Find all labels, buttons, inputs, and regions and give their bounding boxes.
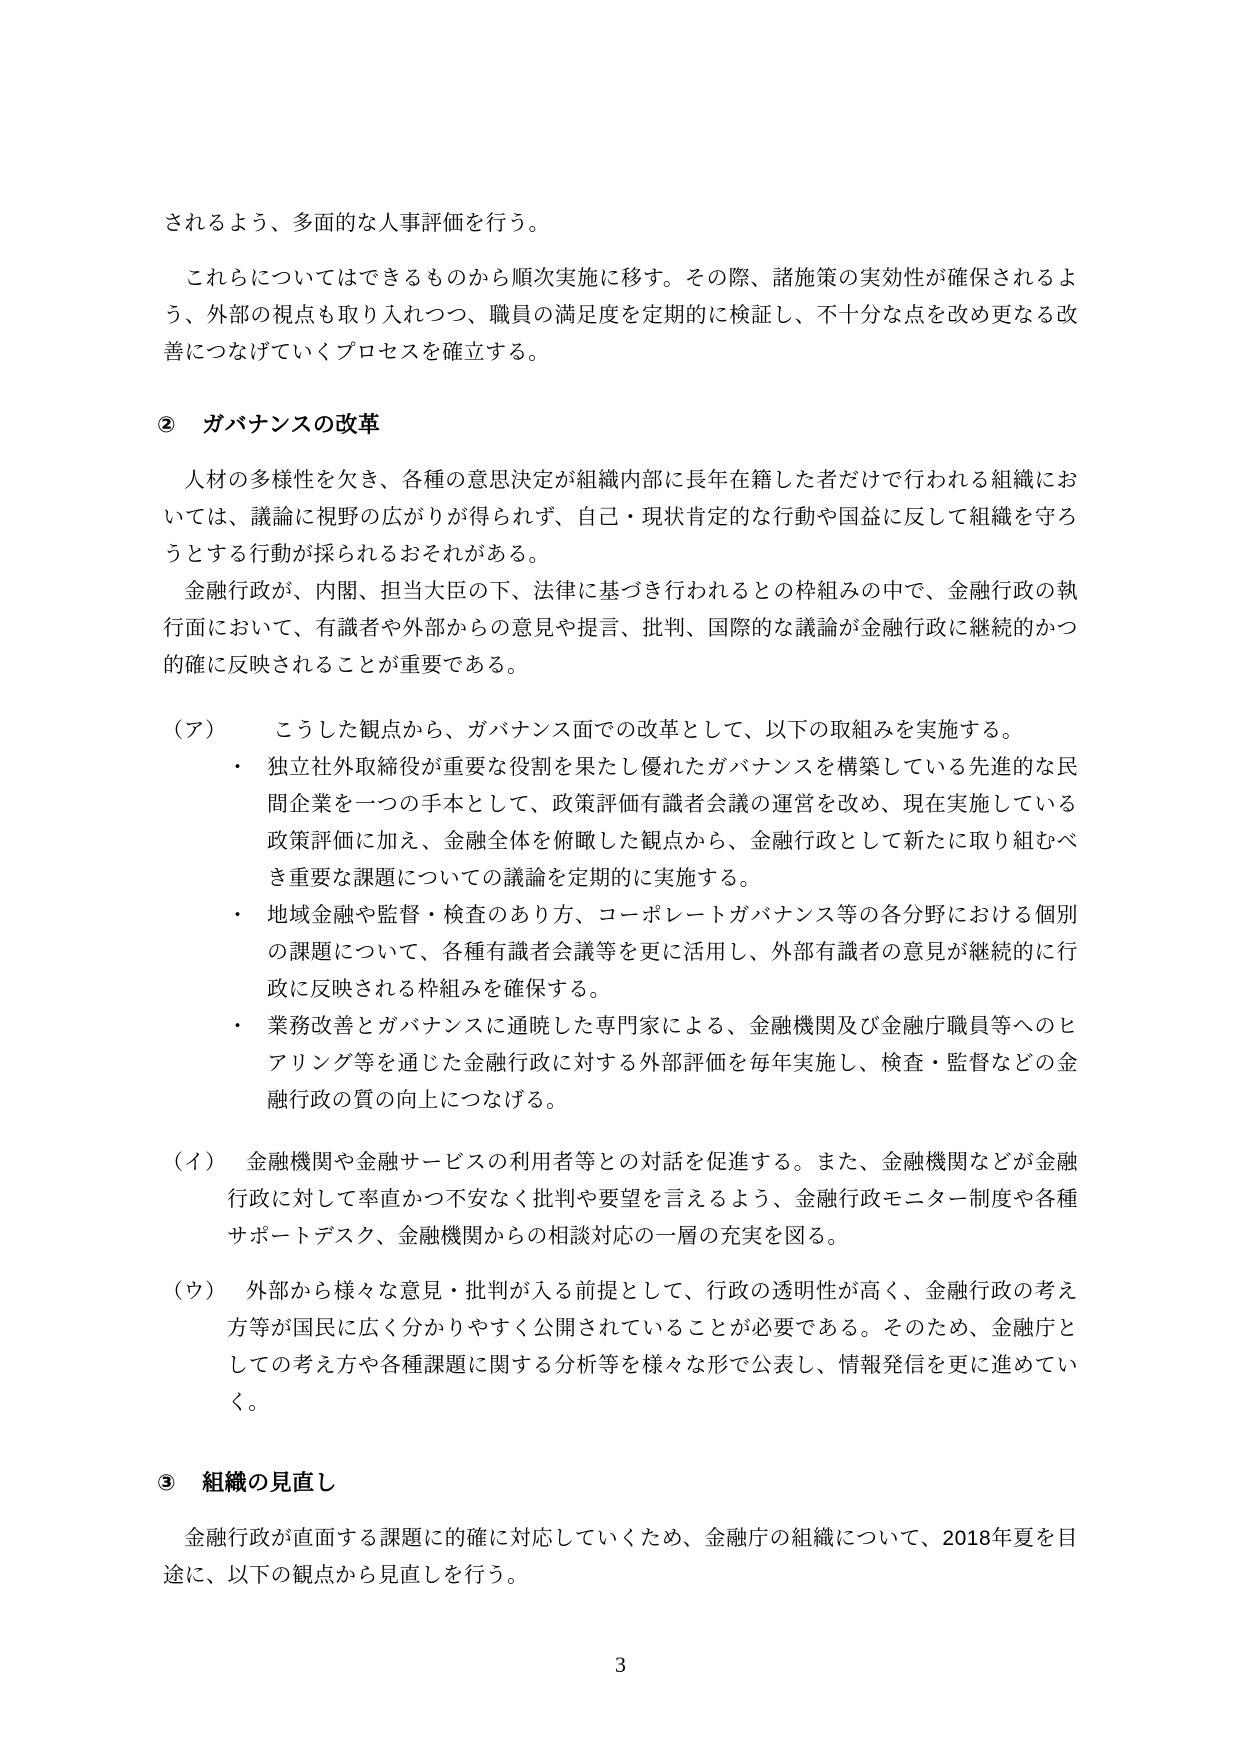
page-number: 3 [0,1651,1241,1679]
item-label-u: （ウ） [162,1273,227,1310]
item-label-i: （イ） [162,1144,227,1181]
bullet-marker: ・ [227,897,249,934]
document-page: されるよう、多面的な人事評価を行う。 これらについてはできるものから順次実施に移… [0,0,1241,1754]
section-number: ② [157,412,176,437]
paragraph-implementation: これらについてはできるものから順次実施に移す。その際、諸施策の実効性が確保される… [163,260,1078,371]
bullet-text: 地域金融や監督・検査のあり方、コーポレートガバナンス等の各分野における個別の課題… [267,904,1078,1001]
bullet-item: ・独立社外取締役が重要な役割を果たし優れたガバナンスを構築している先進的な民間企… [227,749,1078,897]
list-item-u: （ウ） 外部から様々な意見・批判が入る前提として、行政の透明性が高く、金融行政の… [227,1273,1078,1421]
section-heading-organization-review: ③組織の見直し [157,1464,1078,1501]
section-title: ガバナンスの改革 [202,412,380,437]
item-label-a: （ア） [162,712,227,749]
list-item-a: （ア） こうした観点から、ガバナンス面での改革として、以下の取組みを実施する。 … [227,712,1078,1119]
section-number: ③ [157,1470,176,1495]
item-a-text: こうした観点から、ガバナンス面での改革として、以下の取組みを実施する。 [227,712,1078,749]
section-title: 組織の見直し [202,1470,337,1495]
bullet-list: ・独立社外取締役が重要な役割を果たし優れたガバナンスを構築している先進的な民間企… [227,749,1078,1119]
bullet-marker: ・ [227,749,249,786]
list-item-i: （イ） 金融機関や金融サービスの利用者等との対話を促進する。また、金融機関などが… [227,1144,1078,1255]
section-heading-governance-reform: ②ガバナンスの改革 [157,406,1078,443]
item-i-text: 金融機関や金融サービスの利用者等との対話を促進する。また、金融機関などが金融行政… [227,1144,1078,1255]
bullet-text: 独立社外取締役が重要な役割を果たし優れたガバナンスを構築している先進的な民間企業… [267,756,1078,890]
item-u-text: 外部から様々な意見・批判が入る前提として、行政の透明性が高く、金融行政の考え方等… [227,1273,1078,1421]
paragraph-continuation: されるよう、多面的な人事評価を行う。 [163,205,1078,242]
bullet-item: ・地域金融や監督・検査のあり方、コーポレートガバナンス等の各分野における個別の課… [227,897,1078,1008]
bullet-item: ・業務改善とガバナンスに通暁した専門家による、金融機関及び金融庁職員等へのヒアリ… [227,1008,1078,1119]
paragraph-organization: 金融行政が直面する課題に的確に対応していくため、金融庁の組織について、2018年… [163,1520,1078,1594]
bullet-marker: ・ [227,1008,249,1045]
paragraph-framework: 金融行政が、内閣、担当大臣の下、法律に基づき行われるとの枠組みの中で、金融行政の… [163,573,1078,684]
paragraph-diversity: 人材の多様性を欠き、各種の意思決定が組織内部に長年在籍した者だけで行われる組織に… [163,462,1078,573]
bullet-text: 業務改善とガバナンスに通暁した専門家による、金融機関及び金融庁職員等へのヒアリン… [267,1015,1078,1112]
